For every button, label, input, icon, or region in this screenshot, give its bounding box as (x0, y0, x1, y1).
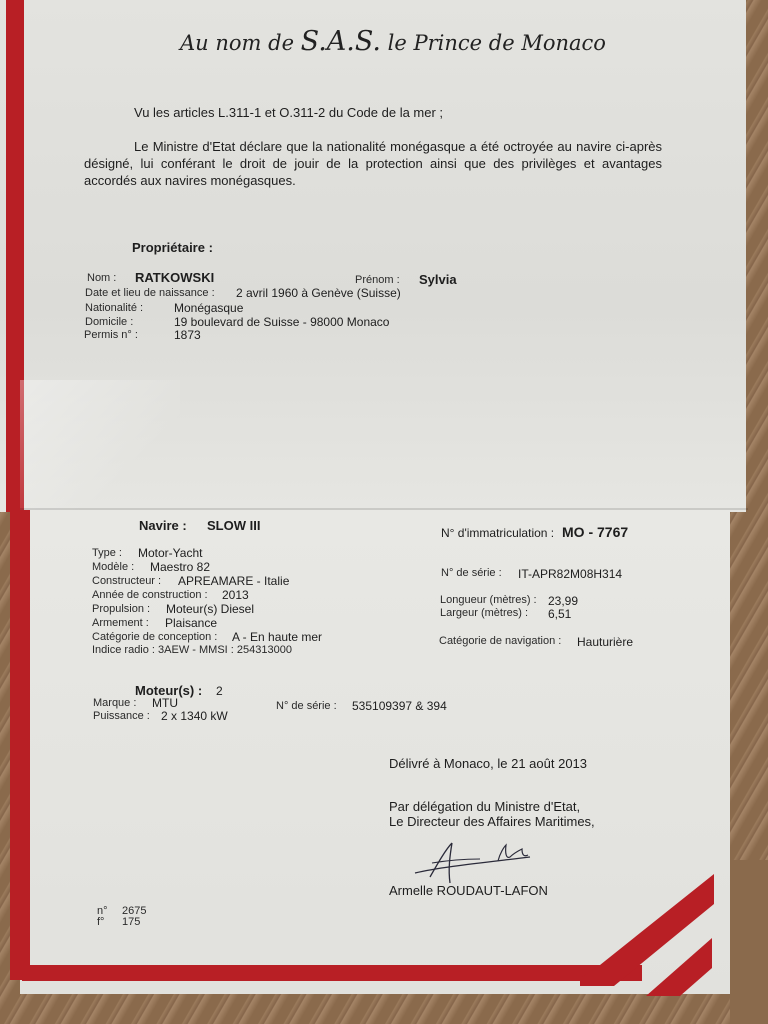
red-border-left-bottom (10, 510, 30, 980)
issued-date: Délivré à Monaco, le 21 août 2013 (389, 756, 587, 771)
vessel-heading: Navire : (139, 518, 187, 533)
vessel-builder-label: Constructeur : (92, 575, 161, 587)
title-sas: S.A.S. (301, 26, 381, 57)
declaration-paragraph: Le Ministre d'Etat déclare que la nation… (84, 138, 662, 189)
vessel-serial-label: N° de série : (441, 567, 502, 579)
vessel-propulsion-label: Propulsion : (92, 603, 150, 615)
owner-prenom-label: Prénom : (355, 274, 400, 286)
page-fold-line (20, 508, 748, 510)
vessel-navigation-category-label: Catégorie de navigation : (439, 635, 561, 647)
engine-serial-label: N° de série : (276, 700, 337, 712)
delegation-line-2: Le Directeur des Affaires Maritimes, (389, 814, 595, 829)
owner-prenom-value: Sylvia (419, 272, 457, 287)
registration-value: MO - 7767 (562, 524, 628, 540)
vessel-propulsion-value: Moteur(s) Diesel (166, 602, 254, 616)
register-folio-value: 175 (122, 916, 140, 928)
engine-brand-value: MTU (152, 696, 178, 710)
registration-label: N° d'immatriculation : (441, 526, 554, 540)
delegation-line-1: Par délégation du Ministre d'Etat, (389, 799, 580, 814)
title-prefix: Au nom de (180, 31, 301, 55)
owner-address-label: Domicile : (85, 316, 133, 328)
owner-heading: Propriétaire : (132, 240, 213, 255)
vessel-name: SLOW III (207, 518, 260, 533)
owner-birth-label: Date et lieu de naissance : (85, 287, 215, 299)
engine-power-label: Puissance : (93, 710, 150, 722)
engine-brand-label: Marque : (93, 697, 136, 709)
owner-license-label: Permis n° : (84, 329, 138, 341)
vessel-model-label: Modèle : (92, 561, 134, 573)
signatory-name: Armelle ROUDAUT-LAFON (389, 883, 548, 898)
vessel-radio-callsign: Indice radio : 3AEW - MMSI : 254313000 (92, 644, 292, 656)
handwritten-signature (410, 835, 550, 885)
vessel-year-label: Année de construction : (92, 589, 208, 601)
owner-nationality-label: Nationalité : (85, 302, 143, 314)
owner-birth-value: 2 avril 1960 à Genève (Suisse) (236, 286, 401, 300)
engine-power-value: 2 x 1340 kW (161, 709, 228, 723)
declaration-text: Le Ministre d'Etat déclare que la nation… (84, 139, 662, 188)
engines-count: 2 (216, 684, 223, 698)
register-folio-label: f° (97, 916, 104, 928)
vessel-design-category-value: A - En haute mer (232, 630, 322, 644)
document-title: Au nom de S.A.S. le Prince de Monaco (180, 26, 580, 57)
vessel-length-value: 23,99 (548, 594, 578, 608)
red-border-bottom (22, 965, 642, 981)
vessel-year-value: 2013 (222, 588, 249, 602)
owner-license-value: 1873 (174, 328, 201, 342)
vessel-type-value: Motor-Yacht (138, 546, 202, 560)
owner-nom-value: RATKOWSKI (135, 270, 214, 285)
vessel-design-category-label: Catégorie de conception : (92, 631, 217, 643)
owner-address-value: 19 boulevard de Suisse - 98000 Monaco (174, 315, 389, 329)
vessel-width-value: 6,51 (548, 607, 571, 621)
title-suffix: le Prince de Monaco (381, 31, 606, 55)
vessel-builder-value: APREAMARE - Italie (178, 574, 289, 588)
owner-nationality-value: Monégasque (174, 301, 243, 315)
vessel-model-value: Maestro 82 (150, 560, 210, 574)
vessel-navigation-category-value: Hauturière (577, 635, 633, 649)
engine-serial-value: 535109397 & 394 (352, 699, 447, 713)
paper-fold-highlight (20, 380, 180, 510)
red-stripes-corner (580, 860, 768, 1024)
vessel-width-label: Largeur (mètres) : (440, 607, 528, 619)
vessel-armament-label: Armement : (92, 617, 149, 629)
vessel-armament-value: Plaisance (165, 616, 217, 630)
vessel-serial-value: IT-APR82M08H314 (518, 567, 622, 581)
vessel-length-label: Longueur (mètres) : (440, 594, 537, 606)
owner-nom-label: Nom : (87, 272, 116, 284)
preamble-text: Vu les articles L.311-1 et O.311-2 du Co… (134, 105, 443, 120)
vessel-type-label: Type : (92, 547, 122, 559)
